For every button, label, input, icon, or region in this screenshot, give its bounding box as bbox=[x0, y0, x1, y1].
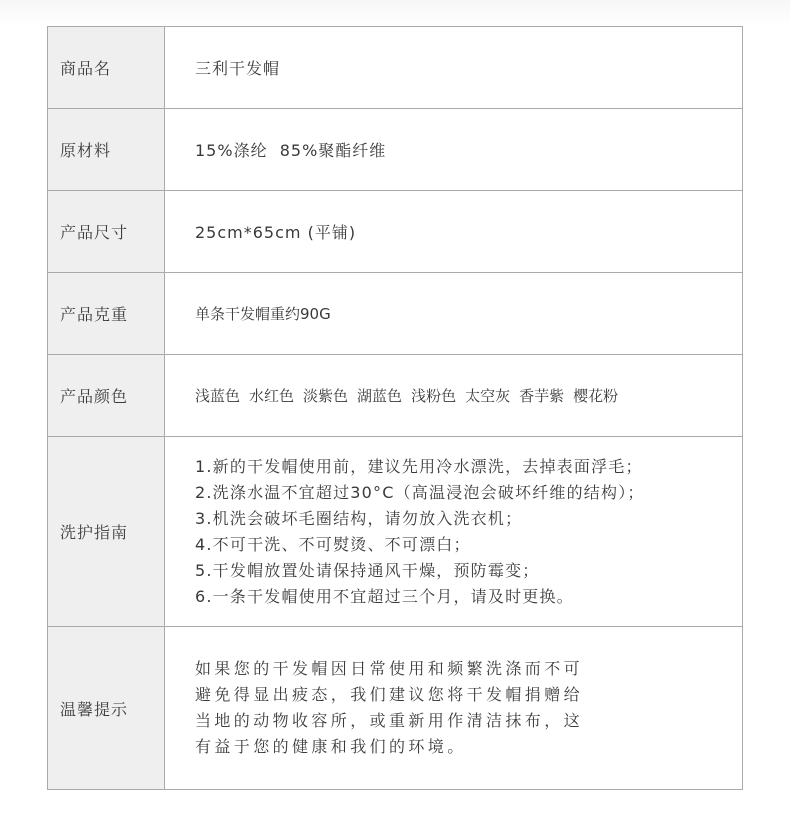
top-shade bbox=[0, 0, 790, 26]
color-option: 太空灰 bbox=[465, 387, 510, 405]
table-row: 产品尺寸 25cm*65cm (平铺) bbox=[48, 191, 743, 273]
tip-line: 如果您的干发帽因日常使用和频繁洗涤而不可 bbox=[195, 656, 742, 682]
table-row: 商品名 三利干发帽 bbox=[48, 27, 743, 109]
color-option: 香芋紫 bbox=[519, 387, 564, 405]
material-value: 15%涤纶 85%聚酯纤维 bbox=[165, 109, 743, 191]
weight-value: 单条干发帽重约90G bbox=[165, 273, 743, 355]
care-instruction: 6.一条干发帽使用不宜超过三个月，请及时更换。 bbox=[195, 584, 742, 610]
row-label-care-guide: 洗护指南 bbox=[48, 437, 165, 627]
colors-value: 浅蓝色水红色淡紫色湖蓝色浅粉色太空灰香芋紫樱花粉 bbox=[165, 355, 743, 437]
color-option: 浅粉色 bbox=[411, 387, 456, 405]
size-value: 25cm*65cm (平铺) bbox=[165, 191, 743, 273]
tips-value: 如果您的干发帽因日常使用和频繁洗涤而不可 避免得显出疲态，我们建议您将干发帽捐赠… bbox=[165, 627, 743, 790]
row-label-weight: 产品克重 bbox=[48, 273, 165, 355]
tip-line: 避免得显出疲态，我们建议您将干发帽捐赠给 bbox=[195, 682, 742, 708]
color-option: 樱花粉 bbox=[573, 387, 618, 405]
product-name-value: 三利干发帽 bbox=[165, 27, 743, 109]
row-label-tips: 温馨提示 bbox=[48, 627, 165, 790]
care-instruction: 1.新的干发帽使用前，建议先用冷水漂洗，去掉表面浮毛； bbox=[195, 454, 742, 480]
care-instruction: 2.洗涤水温不宜超过30°C（高温浸泡会破坏纤维的结构）； bbox=[195, 480, 742, 506]
care-instruction: 3.机洗会破坏毛圈结构，请勿放入洗衣机； bbox=[195, 506, 742, 532]
color-option: 水红色 bbox=[249, 387, 294, 405]
care-guide-value: 1.新的干发帽使用前，建议先用冷水漂洗，去掉表面浮毛； 2.洗涤水温不宜超过30… bbox=[165, 437, 743, 627]
material-text: 15%涤纶 85%聚酯纤维 bbox=[195, 141, 386, 160]
care-instruction: 5.干发帽放置处请保持通风干燥，预防霉变； bbox=[195, 558, 742, 584]
table-row: 洗护指南 1.新的干发帽使用前，建议先用冷水漂洗，去掉表面浮毛； 2.洗涤水温不… bbox=[48, 437, 743, 627]
row-label-size: 产品尺寸 bbox=[48, 191, 165, 273]
row-label-colors: 产品颜色 bbox=[48, 355, 165, 437]
color-option: 湖蓝色 bbox=[357, 387, 402, 405]
row-label-product-name: 商品名 bbox=[48, 27, 165, 109]
table-row: 产品克重 单条干发帽重约90G bbox=[48, 273, 743, 355]
row-label-material: 原材料 bbox=[48, 109, 165, 191]
color-option: 淡紫色 bbox=[303, 387, 348, 405]
color-option: 浅蓝色 bbox=[195, 387, 240, 405]
care-instruction: 4.不可干洗、不可熨烫、不可漂白； bbox=[195, 532, 742, 558]
tip-line: 有益于您的健康和我们的环境。 bbox=[195, 734, 742, 760]
table-row: 产品颜色 浅蓝色水红色淡紫色湖蓝色浅粉色太空灰香芋紫樱花粉 bbox=[48, 355, 743, 437]
table-row: 原材料 15%涤纶 85%聚酯纤维 bbox=[48, 109, 743, 191]
product-spec-table: 商品名 三利干发帽 原材料 15%涤纶 85%聚酯纤维 产品尺寸 25cm*65… bbox=[47, 26, 743, 790]
table-row: 温馨提示 如果您的干发帽因日常使用和频繁洗涤而不可 避免得显出疲态，我们建议您将… bbox=[48, 627, 743, 790]
tip-line: 当地的动物收容所，或重新用作清洁抹布，这 bbox=[195, 708, 742, 734]
